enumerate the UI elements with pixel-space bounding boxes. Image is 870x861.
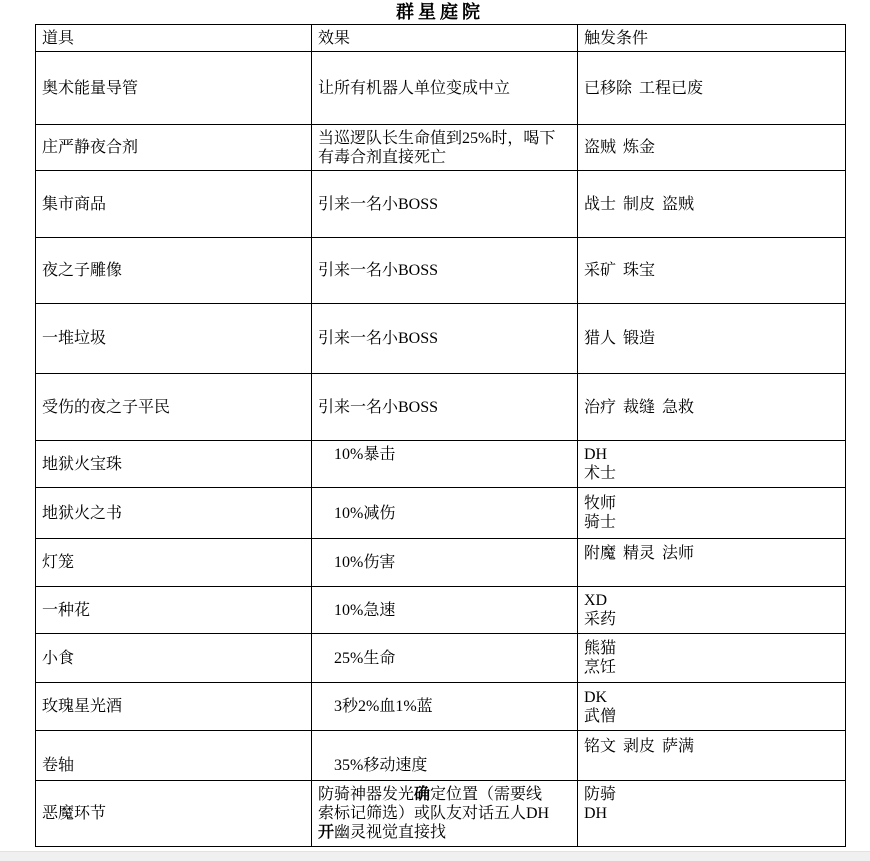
cell-effect: 10%急速: [312, 587, 578, 634]
cell-trigger: DK 武僧: [578, 683, 846, 731]
cell-trigger: 治疗 裁缝 急救: [578, 374, 846, 441]
table-row: 集市商品 引来一名小BOSS 战士 制皮 盗贼: [36, 171, 846, 238]
items-table: 道具 效果 触发条件 奥术能量导管 让所有机器人单位变成中立 已移除 工程已废 …: [35, 24, 846, 847]
page-title: 群星庭院: [35, 0, 845, 24]
table-row: 灯笼 10%伤害 附魔 精灵 法师: [36, 539, 846, 587]
column-header-item: 道具: [36, 25, 312, 52]
cell-effect: 10%伤害: [312, 539, 578, 587]
cell-trigger: 防骑 DH: [578, 781, 846, 847]
cell-trigger: 牧师 骑士: [578, 488, 846, 539]
cell-item: 小食: [36, 634, 312, 683]
table-row: 庄严静夜合剂 当巡逻队长生命值到25%时，喝下 有毒合剂直接死亡 盗贼 炼金: [36, 125, 846, 171]
cell-effect: 引来一名小BOSS: [312, 304, 578, 374]
cell-trigger: 采矿 珠宝: [578, 238, 846, 304]
cell-effect: 引来一名小BOSS: [312, 171, 578, 238]
cell-item: 奥术能量导管: [36, 52, 312, 125]
cell-effect: 防骑神器发光确定位置（需要线 索标记筛选）或队友对话五人DH 开幽灵视觉直接找: [312, 781, 578, 847]
column-header-trigger: 触发条件: [578, 25, 846, 52]
cell-effect: 当巡逻队长生命值到25%时，喝下 有毒合剂直接死亡: [312, 125, 578, 171]
table-row: 奥术能量导管 让所有机器人单位变成中立 已移除 工程已废: [36, 52, 846, 125]
column-header-effect: 效果: [312, 25, 578, 52]
cell-trigger: 熊猫 烹饪: [578, 634, 846, 683]
cell-item: 地狱火之书: [36, 488, 312, 539]
cell-trigger: 附魔 精灵 法师: [578, 539, 846, 587]
table-row: 玫瑰星光酒 3秒2%血1%蓝 DK 武僧: [36, 683, 846, 731]
cell-trigger: 盗贼 炼金: [578, 125, 846, 171]
cell-effect: 让所有机器人单位变成中立: [312, 52, 578, 125]
table-row: 恶魔环节 防骑神器发光确定位置（需要线 索标记筛选）或队友对话五人DH 开幽灵视…: [36, 781, 846, 847]
cell-trigger: 已移除 工程已废: [578, 52, 846, 125]
cell-item: 一堆垃圾: [36, 304, 312, 374]
table-row: 受伤的夜之子平民 引来一名小BOSS 治疗 裁缝 急救: [36, 374, 846, 441]
header-row: 道具 效果 触发条件: [36, 25, 846, 52]
cell-effect: 引来一名小BOSS: [312, 374, 578, 441]
table-row: 一堆垃圾 引来一名小BOSS 猎人 锻造: [36, 304, 846, 374]
horizontal-scrollbar-track[interactable]: [0, 851, 870, 861]
cell-effect: 10%暴击: [312, 441, 578, 488]
cell-effect: 3秒2%血1%蓝: [312, 683, 578, 731]
cell-item: 恶魔环节: [36, 781, 312, 847]
cell-trigger: 战士 制皮 盗贼: [578, 171, 846, 238]
cell-trigger: XD 采药: [578, 587, 846, 634]
cell-effect: 10%减伤: [312, 488, 578, 539]
table-row: 地狱火宝珠 10%暴击 DH 术士: [36, 441, 846, 488]
cell-trigger: 猎人 锻造: [578, 304, 846, 374]
table-row: 小食 25%生命 熊猫 烹饪: [36, 634, 846, 683]
cell-item: 地狱火宝珠: [36, 441, 312, 488]
cell-effect: 35%移动速度: [312, 731, 578, 781]
cell-effect: 25%生命: [312, 634, 578, 683]
table-row: 一种花 10%急速 XD 采药: [36, 587, 846, 634]
cell-trigger: DH 术士: [578, 441, 846, 488]
table-row: 卷轴 35%移动速度 铭文 剥皮 萨满: [36, 731, 846, 781]
table-row: 夜之子雕像 引来一名小BOSS 采矿 珠宝: [36, 238, 846, 304]
cell-item: 玫瑰星光酒: [36, 683, 312, 731]
cell-item: 一种花: [36, 587, 312, 634]
cell-effect: 引来一名小BOSS: [312, 238, 578, 304]
cell-item: 集市商品: [36, 171, 312, 238]
cell-item: 夜之子雕像: [36, 238, 312, 304]
table-row: 地狱火之书 10%减伤 牧师 骑士: [36, 488, 846, 539]
cell-item: 庄严静夜合剂: [36, 125, 312, 171]
cell-item: 受伤的夜之子平民: [36, 374, 312, 441]
cell-item: 卷轴: [36, 731, 312, 781]
cell-trigger: 铭文 剥皮 萨满: [578, 731, 846, 781]
cell-item: 灯笼: [36, 539, 312, 587]
